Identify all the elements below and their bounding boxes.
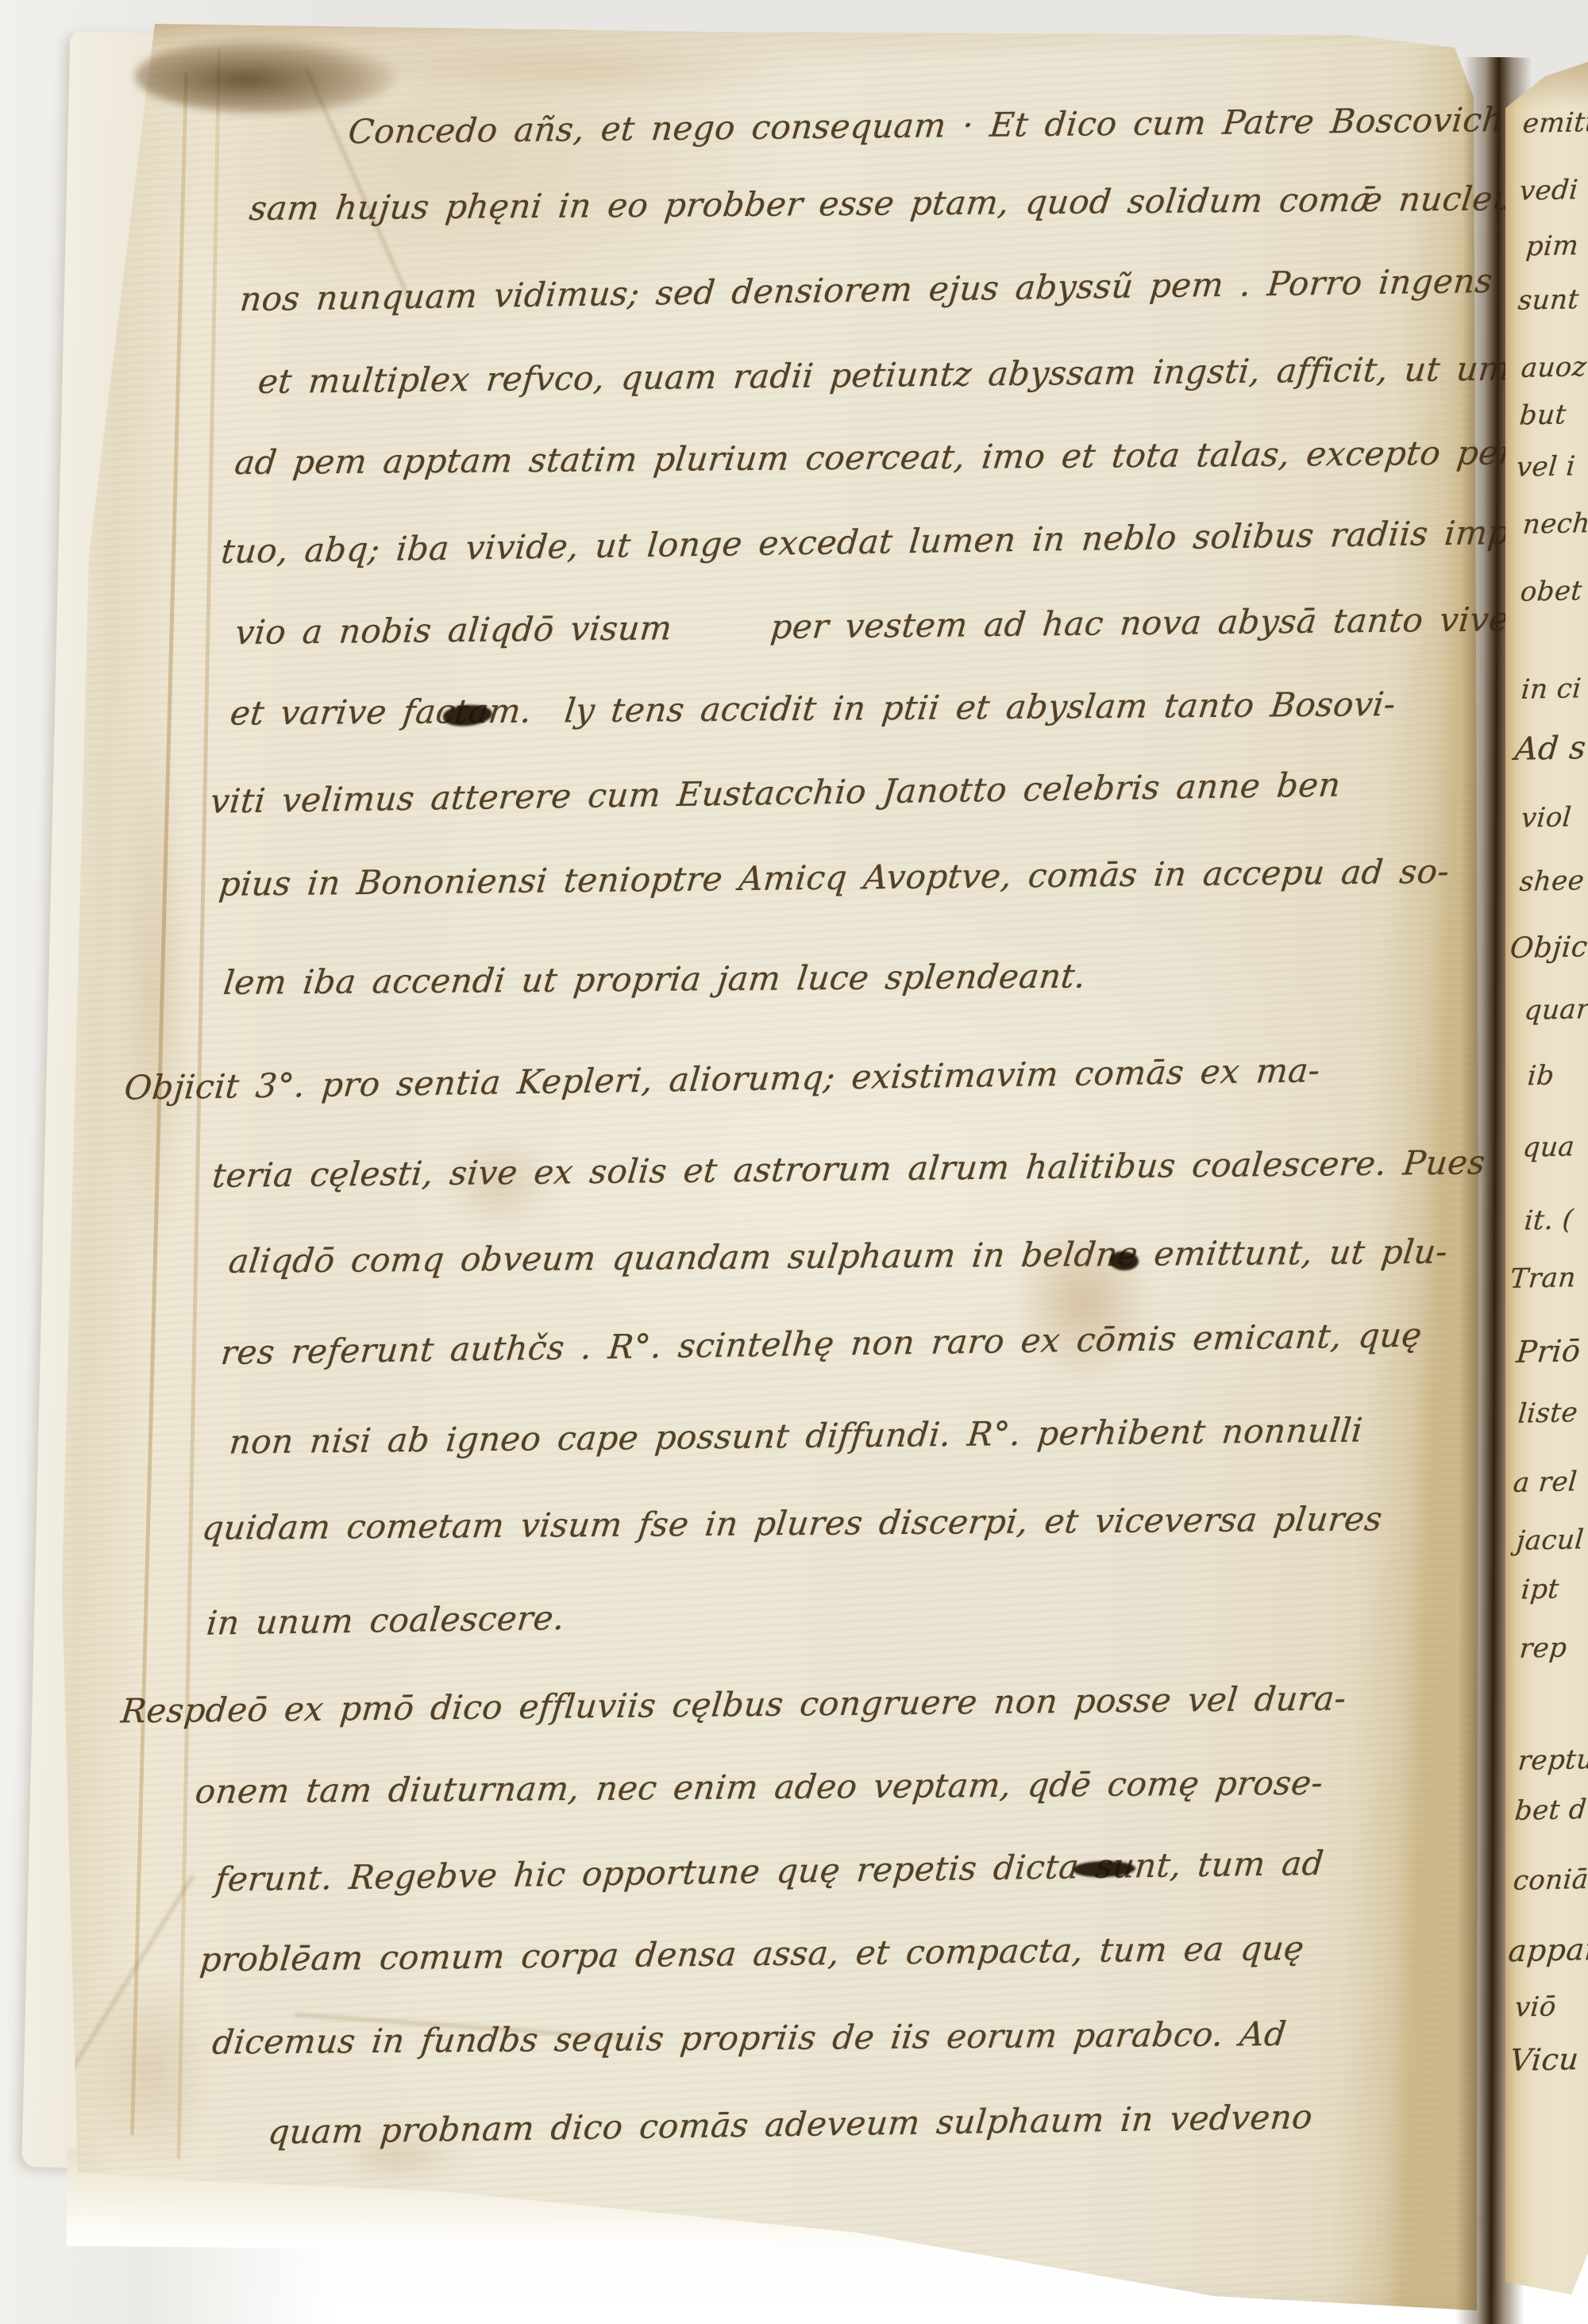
right-page-fragment: liste [1517, 1397, 1578, 1430]
right-page-fragment: qua [1521, 1131, 1576, 1163]
right-page-fragment: viol [1520, 801, 1573, 834]
right-page-fragment: Priō [1515, 1333, 1582, 1370]
manuscript-line: Objicit 3°. pro sentia Kepleri, aliorumq… [123, 1054, 1321, 1104]
right-page-fragment: appar [1507, 1932, 1588, 1968]
right-page-fragment: pim [1524, 229, 1580, 262]
manuscript-line: ad pem apptam statim plurium coerceat, i… [233, 436, 1570, 480]
manuscript-line: onem tam diuturnam, nec enim adeo veptam… [194, 1767, 1325, 1809]
right-page-fragment: in ci [1520, 673, 1582, 706]
right-page-fragment: Vicu [1509, 2041, 1580, 2078]
manuscript-line: ferunt. Regebve hic opportune quę repeti… [214, 1847, 1325, 1897]
right-page-fragment: rep [1518, 1632, 1568, 1664]
manuscript-line: quam probnam dico comās adeveum sulphaum… [267, 2100, 1314, 2149]
manuscript-line: problēam comum corpa densa assa, et comp… [198, 1932, 1305, 1977]
manuscript-line: lem iba accendi ut propria jam luce sple… [222, 959, 1087, 1000]
right-page-fragment: bet d [1513, 1794, 1588, 1827]
manuscript-line: Concedo añs, et nego consequam · Et dico… [347, 102, 1588, 148]
right-page-fragment: quar [1523, 993, 1588, 1027]
right-page-fragment: jacul [1515, 1524, 1585, 1557]
right-page-fragment: but [1518, 399, 1567, 431]
manuscript-photo: { "document": { "kind": "handwritten man… [0, 0, 1588, 2324]
right-page-fragment: reptu [1517, 1744, 1588, 1777]
manuscript-line: pius in Bononiensi tenioptre Amicq Avopt… [218, 855, 1451, 901]
manuscript-line: viti velimus atterere cum Eustacchio Jan… [209, 769, 1342, 819]
right-page-fragment: obet [1519, 575, 1583, 608]
ink-blot [1110, 1251, 1139, 1270]
right-page-fragment: auoz [1520, 351, 1588, 384]
right-page-fragment: emitt [1521, 106, 1588, 140]
manuscript-line: teria cęlesti, sive ex solis et astrorum… [211, 1146, 1487, 1193]
manuscript-line: dicemus in fundbs sequis propriis de iis… [210, 2018, 1288, 2060]
right-page-fragment: sunt [1517, 283, 1580, 317]
right-page-fragment: vedi [1518, 174, 1579, 207]
manuscript-line: aliqdō comq obveum quandam sulphaum in b… [227, 1235, 1450, 1278]
manuscript-line: quidam cometam visum fse in plures disce… [200, 1502, 1384, 1545]
manuscript-line: et varive factam. ly tens accidit in pti… [229, 688, 1397, 730]
manuscript-text: Concedo añs, et nego consequam · Et dico… [0, 0, 1588, 2324]
manuscript-line: nos nunquam vidimus; sed densiorem ejus … [239, 264, 1494, 316]
manuscript-line: tuo, abq; iba vivide, ut longe excedat l… [220, 515, 1559, 568]
manuscript-line: in unum coalescere. [205, 1601, 565, 1640]
right-page-fragment: Objicit [1509, 931, 1588, 965]
manuscript-line: non nisi ab igneo cape possunt diffundi.… [228, 1414, 1364, 1459]
manuscript-line: sam hujus phęni in eo probber esse ptam,… [248, 182, 1548, 225]
right-page-fragment: ib [1526, 1060, 1555, 1093]
right-page-fragment: Tran [1509, 1262, 1577, 1295]
right-page-fragment: it. ( [1523, 1204, 1575, 1236]
manuscript-line: res referunt authčs . R°. scintelhę non … [219, 1319, 1423, 1370]
right-page-fragment: vel i [1515, 450, 1576, 484]
right-page-fragment: viō [1513, 1991, 1557, 2023]
right-page-fragment: shee [1518, 865, 1586, 898]
right-page-fragment: coniā [1512, 1863, 1588, 1897]
manuscript-line: Respdeō ex pmō dico effluviis cęlbus con… [120, 1682, 1348, 1728]
right-page-fragment: Ad s [1513, 730, 1587, 768]
right-page-fragment: a rel [1512, 1466, 1578, 1499]
right-page-fragment: ipt [1520, 1574, 1560, 1606]
manuscript-line: vio a nobis aliqdō visum per vestem ad h… [234, 603, 1511, 649]
right-page-fragment: nech [1521, 507, 1588, 541]
manuscript-line: et multiplex refvco, quam radii petiuntz… [256, 352, 1570, 399]
